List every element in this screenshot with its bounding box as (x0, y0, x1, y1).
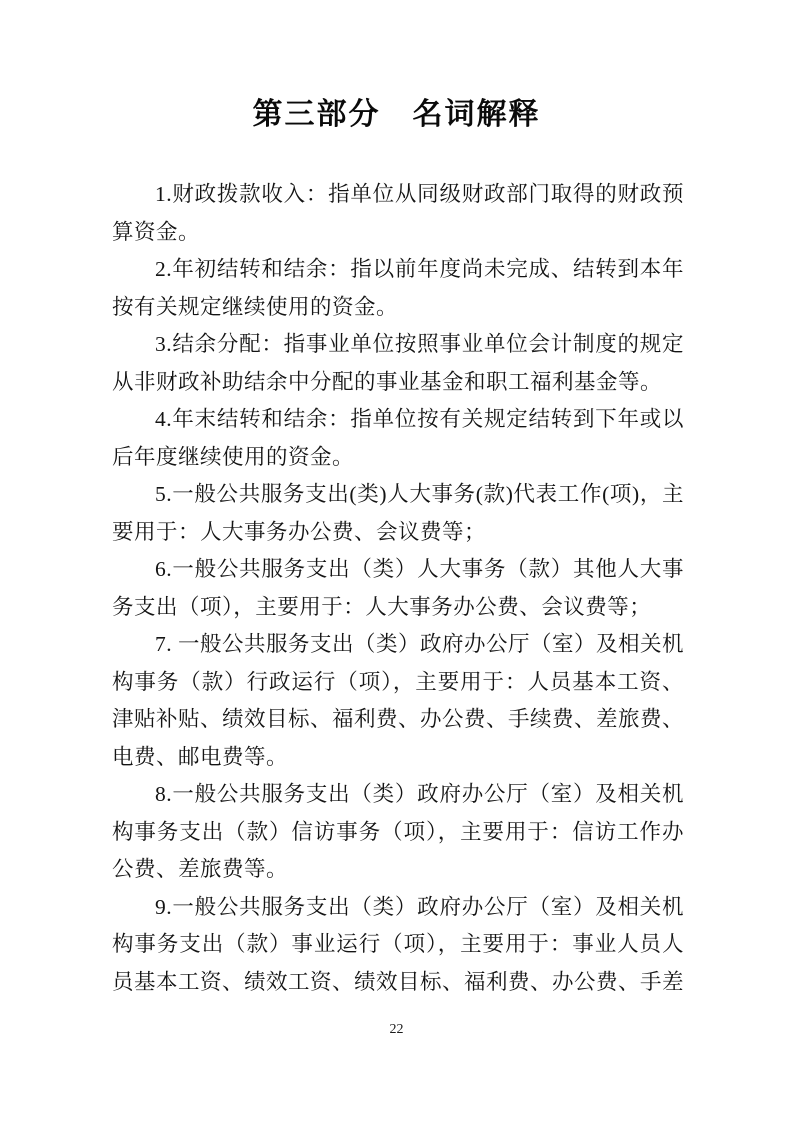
paragraph: 6.一般公共服务支出（类）人大事务（款）其他人大事务支出（项），主要用于：人大事… (112, 551, 684, 626)
page-title: 第三部分 名词解释 (0, 0, 793, 136)
page-number: 22 (0, 1022, 793, 1038)
document-page: 第三部分 名词解释 1.财政拨款收入：指单位从同级财政部门取得的财政预算资金。2… (0, 0, 793, 1122)
body-text: 1.财政拨款收入：指单位从同级财政部门取得的财政预算资金。2.年初结转和结余：指… (0, 176, 793, 1001)
paragraph: 5.一般公共服务支出(类)人大事务(款)代表工作(项)，主要用于：人大事务办公费… (112, 476, 684, 551)
paragraph: 2.年初结转和结余：指以前年度尚未完成、结转到本年按有关规定继续使用的资金。 (112, 251, 684, 326)
paragraph: 7. 一般公共服务支出（类）政府办公厅（室）及相关机构事务（款）行政运行（项），… (112, 626, 684, 776)
paragraph: 4.年末结转和结余：指单位按有关规定结转到下年或以后年度继续使用的资金。 (112, 401, 684, 476)
paragraph: 8.一般公共服务支出（类）政府办公厅（室）及相关机构事务支出（款）信访事务（项）… (112, 776, 684, 889)
paragraph: 1.财政拨款收入：指单位从同级财政部门取得的财政预算资金。 (112, 176, 684, 251)
paragraph: 3.结余分配：指事业单位按照事业单位会计制度的规定从非财政补助结余中分配的事业基… (112, 326, 684, 401)
paragraph: 9.一般公共服务支出（类）政府办公厅（室）及相关机构事务支出（款）事业运行（项）… (112, 889, 684, 1002)
